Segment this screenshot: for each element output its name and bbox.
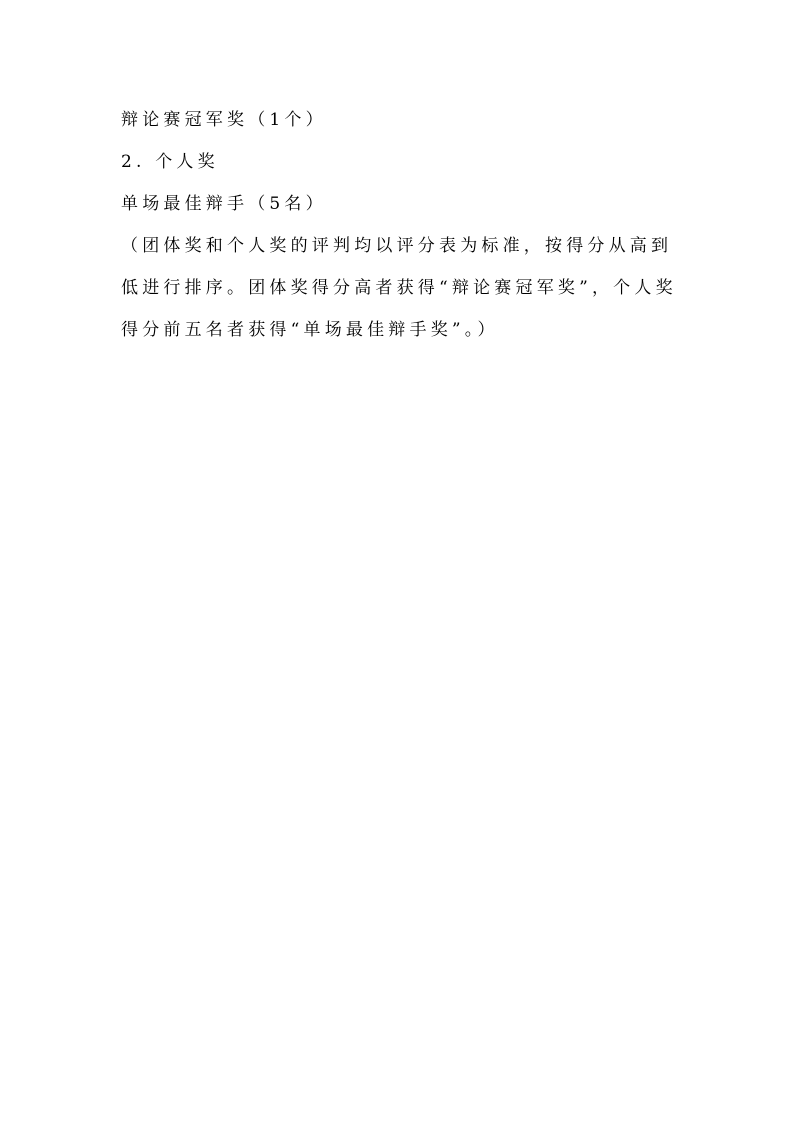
- section-heading-individual-award: 2. 个人奖: [121, 141, 691, 183]
- judging-note: （团体奖和个人奖的评判均以评分表为标准，按得分从高到低进行排序。团体奖得分高者获…: [121, 225, 691, 351]
- award-best-debater: 单场最佳辩手（5名）: [121, 183, 691, 225]
- award-team-champion: 辩论赛冠军奖（1个）: [121, 99, 691, 141]
- document-page: 辩论赛冠军奖（1个） 2. 个人奖 单场最佳辩手（5名） （团体奖和个人奖的评判…: [121, 99, 691, 351]
